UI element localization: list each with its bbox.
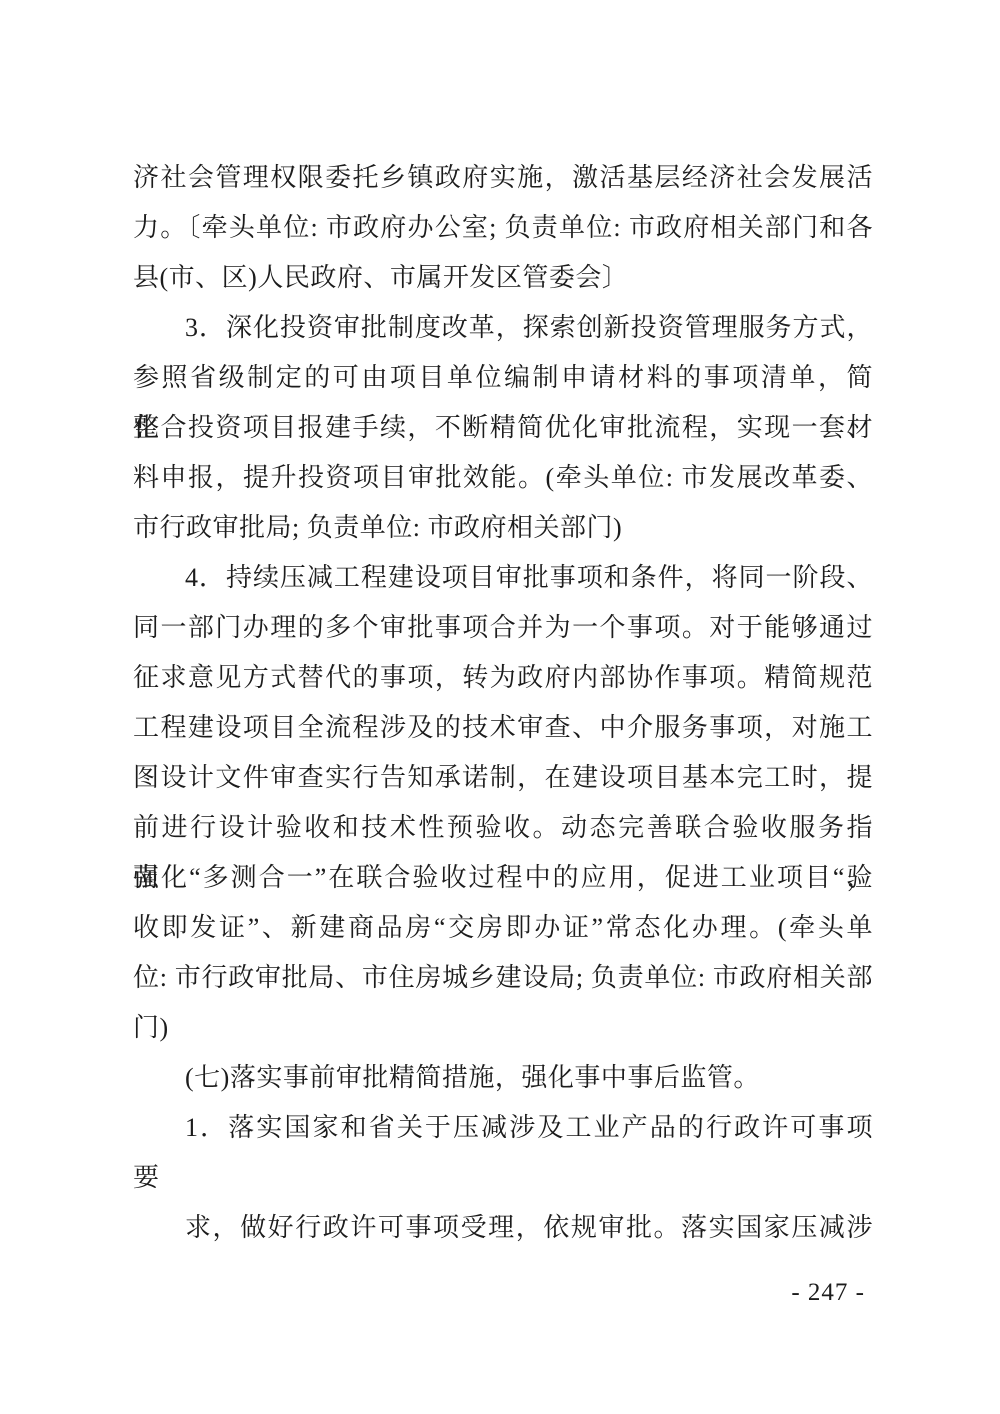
page-number: - 247 -	[791, 1278, 865, 1308]
document-page: 济社会管理权限委托乡镇政府实施，激活基层经济社会发展活 力。〔牵头单位: 市政府…	[0, 0, 1000, 1414]
text-line: 县(市、区)人民政府、市属开发区管委会〕	[133, 253, 873, 303]
text-line: 市行政审批局; 负责单位: 市政府相关部门)	[133, 503, 873, 553]
text-line: 要	[133, 1153, 873, 1203]
text-line: 位: 市行政审批局、市住房城乡建设局; 负责单位: 市政府相关部	[133, 953, 873, 1003]
text-line: 求，做好行政许可事项受理，依规审批。落实国家压减涉	[133, 1203, 873, 1253]
text-line paragraph-start: 4．持续压减工程建设项目审批事项和条件，将同一阶段、	[133, 553, 873, 603]
text-line: 图设计文件审查实行告知承诺制，在建设项目基本完工时，提	[133, 753, 873, 803]
text-line: 强化“多测合一”在联合验收过程中的应用，促进工业项目“验	[133, 853, 873, 903]
text-line paragraph-start: 1．落实国家和省关于压减涉及工业产品的行政许可事项	[133, 1103, 873, 1153]
text-line: 门)	[133, 1003, 873, 1053]
text-line paragraph-start: 3．深化投资审批制度改革，探索创新投资管理服务方式，	[133, 303, 873, 353]
text-line: 整合投资项目报建手续，不断精简优化审批流程，实现一套材	[133, 403, 873, 453]
text-line: 料申报，提升投资项目审批效能。(牵头单位: 市发展改革委、	[133, 453, 873, 503]
section-heading: (七)落实事前审批精简措施，强化事中事后监管。	[133, 1053, 873, 1103]
text-line: 同一部门办理的多个审批事项合并为一个事项。对于能够通过	[133, 603, 873, 653]
text-line: 工程建设项目全流程涉及的技术审查、中介服务事项，对施工	[133, 703, 873, 753]
text-line: 参照省级制定的可由项目单位编制申请材料的事项清单，简化、	[133, 353, 873, 403]
text-line: 前进行设计验收和技术性预验收。动态完善联合验收服务指南，	[133, 803, 873, 853]
text-line: 济社会管理权限委托乡镇政府实施，激活基层经济社会发展活	[133, 153, 873, 203]
document-body: 济社会管理权限委托乡镇政府实施，激活基层经济社会发展活 力。〔牵头单位: 市政府…	[133, 153, 873, 1253]
text-line: 征求意见方式替代的事项，转为政府内部协作事项。精简规范	[133, 653, 873, 703]
text-line: 力。〔牵头单位: 市政府办公室; 负责单位: 市政府相关部门和各	[133, 203, 873, 253]
text-line: 收即发证”、新建商品房“交房即办证”常态化办理。(牵头单	[133, 903, 873, 953]
